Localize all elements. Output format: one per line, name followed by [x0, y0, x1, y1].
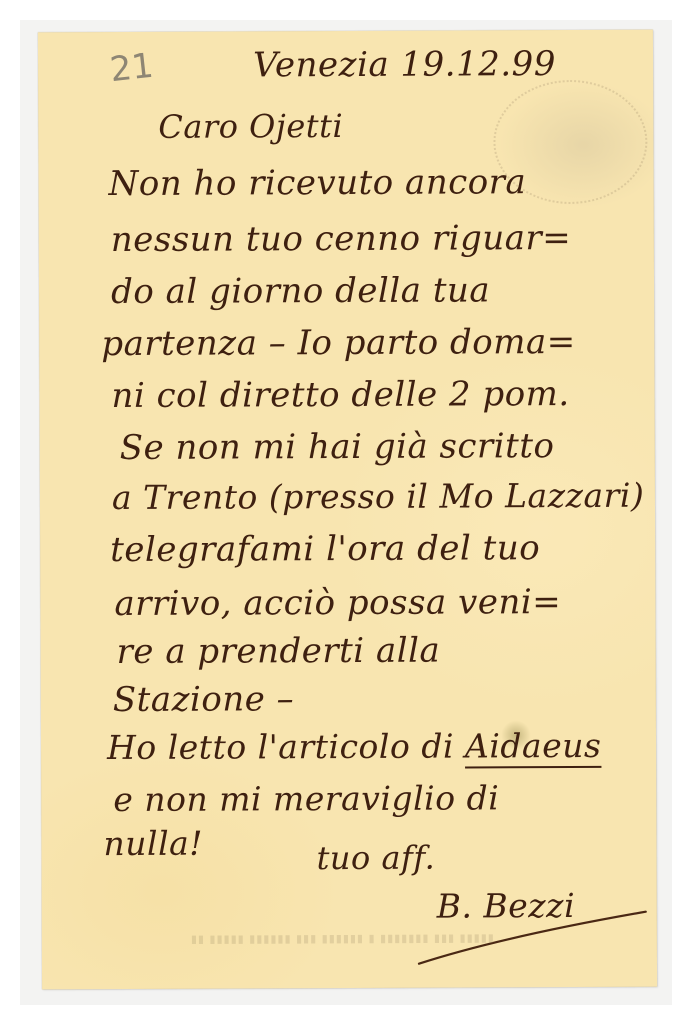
letter-line: a Trento (presso il Mo Lazzari)	[112, 476, 645, 517]
salutation: Caro Ojetti	[158, 107, 343, 146]
letter-line: partenza – Io parto doma=	[101, 322, 576, 364]
letter-line: ni col diretto delle 2 pom.	[111, 374, 569, 416]
archive-pencil-number: 21	[108, 46, 155, 90]
letter-line: Ho letto l'articolo di Aidaeus	[107, 726, 601, 767]
letter-line: arrivo, acciò possa veni=	[114, 582, 561, 624]
letter-line: Non ho ricevuto ancora	[108, 162, 526, 204]
letter-line: nulla!	[103, 824, 203, 863]
letter-line: do al giorno della tua	[111, 270, 490, 312]
letter-line: Stazione –	[113, 679, 294, 720]
underlined-author-name: Aidaeus	[465, 726, 602, 766]
letter-line: Se non mi hai già scritto	[120, 426, 555, 468]
place-date: Venezia 19.12.99	[253, 44, 556, 85]
letter-line: nessun tuo cenno riguar=	[111, 218, 572, 260]
letter-line: re a prenderti alla	[117, 631, 441, 672]
letter-line-text: Ho letto l'articolo di	[107, 726, 465, 767]
postcard: 21 Venezia 19.12.99 Caro Ojetti Non ho r…	[38, 30, 657, 990]
letter-line: telegrafami l'ora del tuo	[110, 528, 540, 570]
letter-line: e non mi meraviglio di	[113, 778, 499, 819]
closing: tuo aff.	[316, 839, 435, 878]
bleed-through-print: ▮▮▮▮▮ ▮▮▮ ▮▮▮▮▮▮▮ ▮ ▮▮▮▮▮▮ ▮▮▮ ▮▮▮▮▮▮ ▮▮…	[82, 931, 602, 946]
